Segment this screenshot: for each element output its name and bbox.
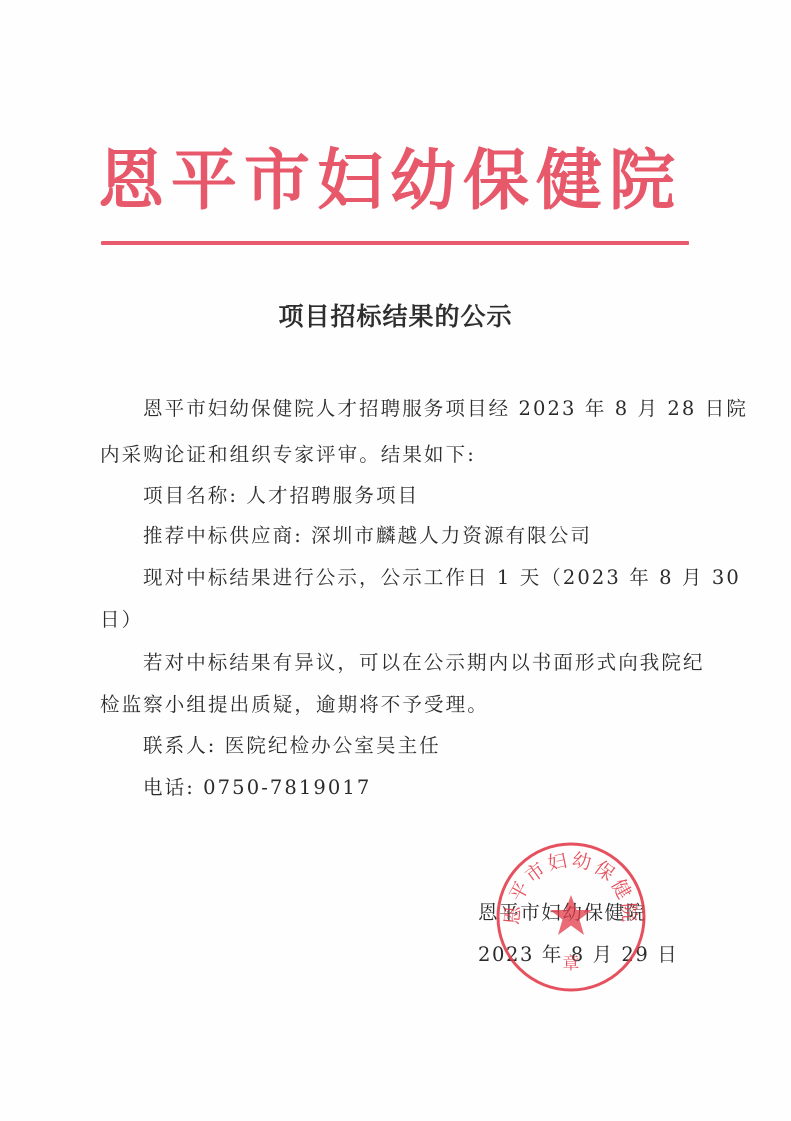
letterhead-divider — [101, 241, 689, 245]
recommended-supplier-line: 推荐中标供应商: 深圳市麟越人力资源有限公司 — [143, 521, 592, 551]
publicity-paragraph-line-2: 日） — [100, 605, 143, 635]
intro-paragraph-line-1: 恩平市妇幼保健院人才招聘服务项目经 2023 年 8 月 28 日院 — [143, 394, 748, 424]
intro-paragraph-line-2: 内采购论证和组织专家评审。结果如下: — [100, 440, 476, 470]
publicity-paragraph-line-1: 现对中标结果进行公示，公示工作日 1 天（2023 年 8 月 30 — [143, 563, 741, 593]
contact-person-line: 联系人: 医院纪检办公室吴主任 — [143, 731, 441, 761]
phone-line: 电话: 0750-7819017 — [143, 773, 371, 803]
objection-paragraph-line-1: 若对中标结果有异议，可以在公示期内以书面形式向我院纪 — [143, 648, 705, 678]
project-name-line: 项目名称: 人才招聘服务项目 — [143, 481, 419, 511]
signature-organization: 恩平市妇幼保健院 — [478, 897, 647, 925]
letterhead-organization-name: 恩平市妇幼保健院 — [98, 134, 694, 226]
document-title: 项目招标结果的公示 — [0, 297, 791, 337]
signature-date: 2023 年 8 月 29 日 — [478, 939, 678, 967]
objection-paragraph-line-2: 检监察小组提出质疑，逾期将不予受理。 — [100, 690, 489, 720]
